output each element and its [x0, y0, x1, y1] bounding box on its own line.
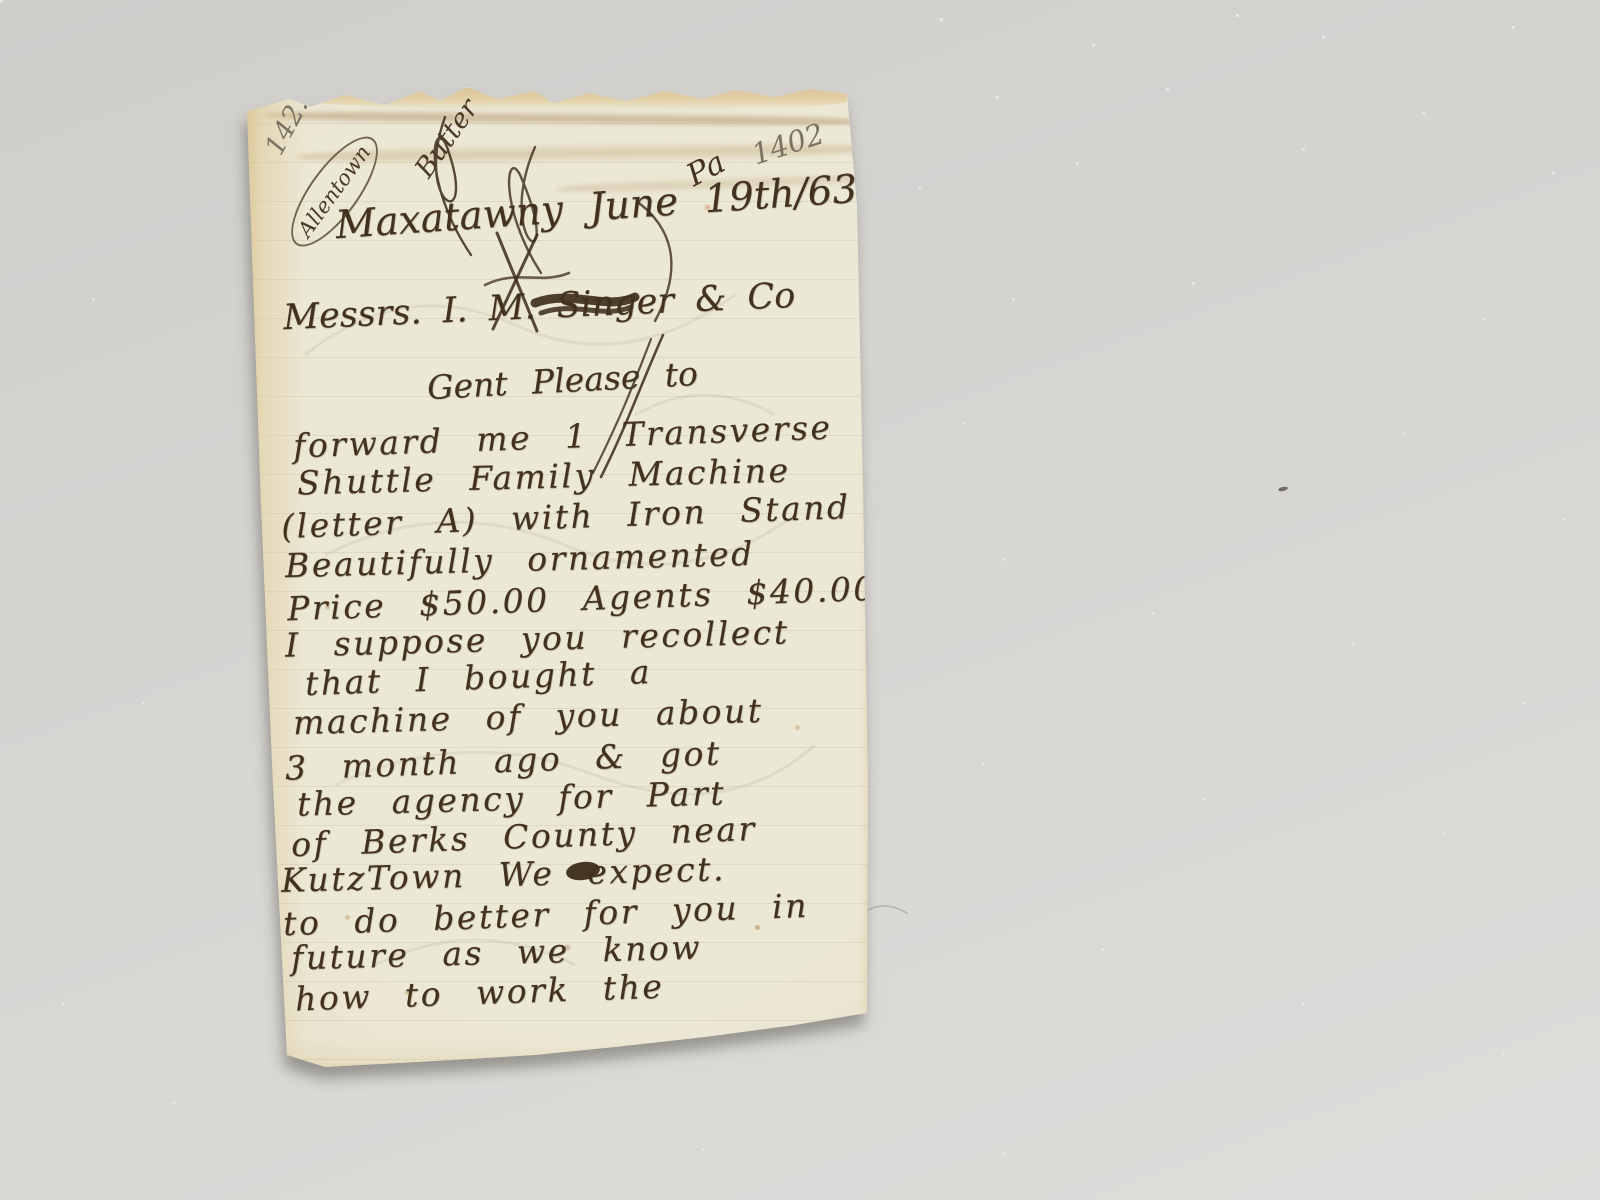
letter-addressee: Messrs. I. M. Singer & Co [282, 276, 796, 338]
letter-paper-wrap: 142. Allentown Butter Pa 1402 Maxatawny … [235, 85, 875, 1080]
fold-crease [263, 108, 863, 129]
letter-paper: 142. Allentown Butter Pa 1402 Maxatawny … [235, 85, 875, 1080]
docket-number-annotation: 142. [259, 93, 315, 161]
letter-dateline: Maxatawny June 19th/63 [334, 167, 859, 248]
foxing-spots [235, 85, 240, 90]
torn-top-edge [287, 88, 847, 110]
letter-salutation: Gent Please to [426, 354, 699, 407]
